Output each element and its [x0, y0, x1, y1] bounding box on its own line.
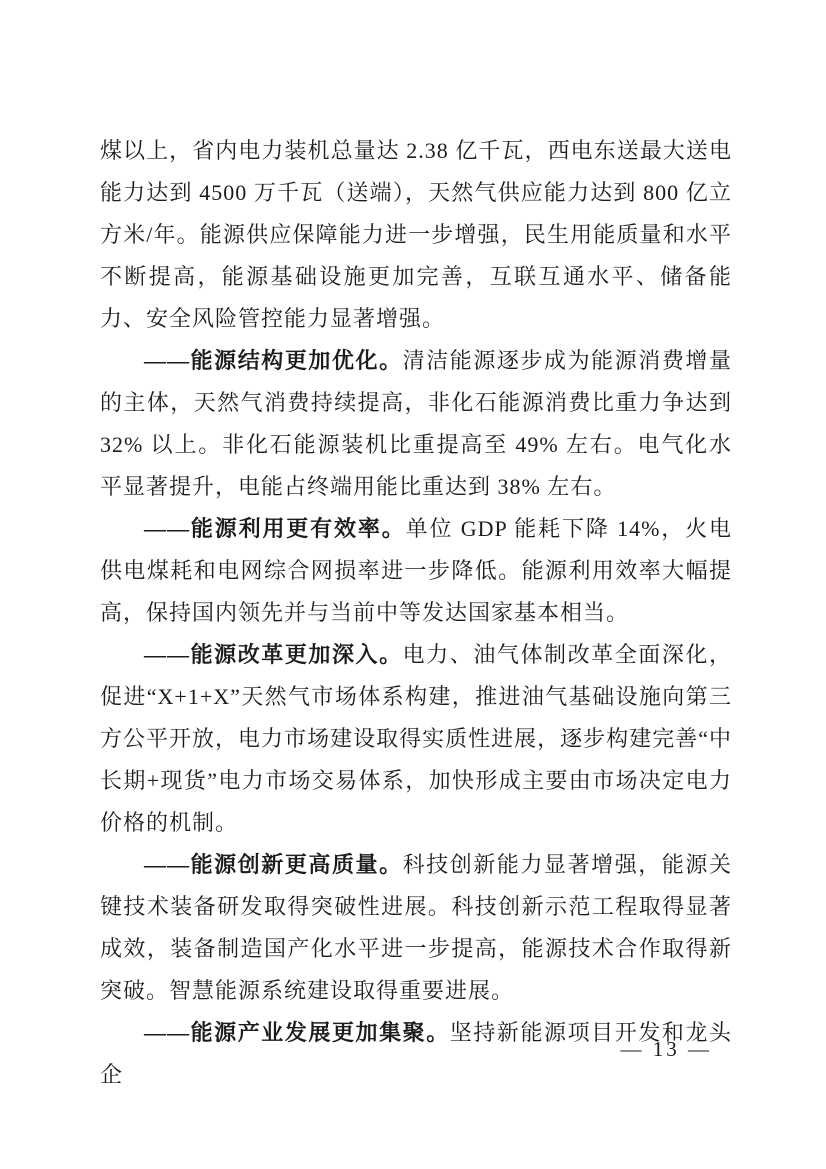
document-body: 煤以上，省内电力装机总量达 2.38 亿千瓦，西电东送最大送电能力达到 4500… — [100, 130, 732, 1096]
paragraph-text: 煤以上，省内电力装机总量达 2.38 亿千瓦，西电东送最大送电能力达到 4500… — [100, 138, 732, 331]
page-number: — 13 — — [621, 1034, 713, 1064]
document-page: 煤以上，省内电力装机总量达 2.38 亿千瓦，西电东送最大送电能力达到 4500… — [0, 0, 826, 1169]
paragraph: ——能源结构更加优化。清洁能源逐步成为能源消费增量的主体，天然气消费持续提高，非… — [100, 340, 732, 508]
paragraph-text: 电力、油气体制改革全面深化，促进“X+1+X”天然气市场体系构建，推进油气基础设… — [100, 642, 732, 835]
paragraph: ——能源改革更加深入。电力、油气体制改革全面深化，促进“X+1+X”天然气市场体… — [100, 634, 732, 844]
paragraph-lead: ——能源创新更高质量。 — [144, 852, 403, 877]
paragraph: ——能源创新更高质量。科技创新能力显著增强，能源关键技术装备研发取得突破性进展。… — [100, 844, 732, 1012]
paragraph-lead: ——能源改革更加深入。 — [144, 642, 403, 667]
paragraph-lead: ——能源结构更加优化。 — [144, 348, 403, 373]
paragraph-lead: ——能源产业发展更加集聚。 — [144, 1020, 450, 1045]
paragraph: ——能源利用更有效率。单位 GDP 能耗下降 14%，火电供电煤耗和电网综合网损… — [100, 508, 732, 634]
paragraph: 煤以上，省内电力装机总量达 2.38 亿千瓦，西电东送最大送电能力达到 4500… — [100, 130, 732, 340]
paragraph-lead: ——能源利用更有效率。 — [144, 516, 406, 541]
